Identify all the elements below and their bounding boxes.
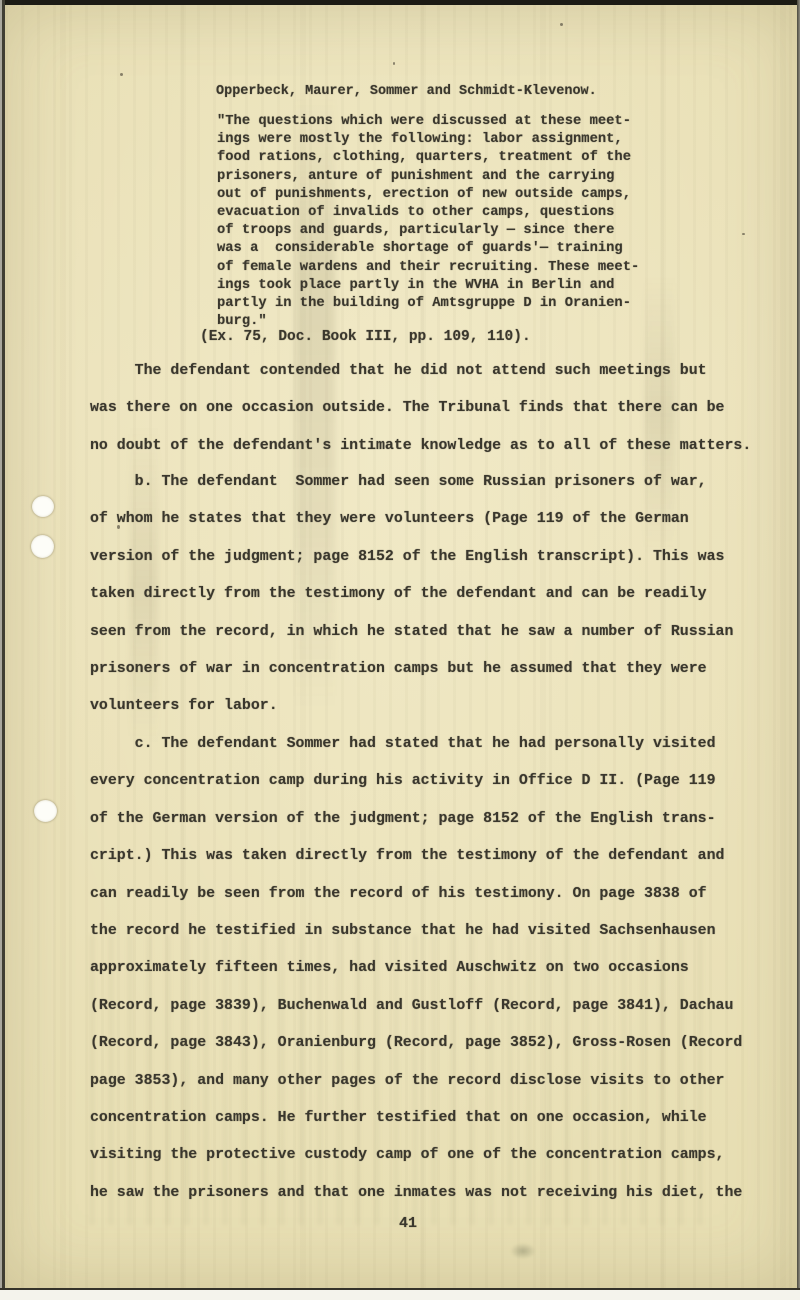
paper-speck: [742, 233, 745, 235]
page-number: 41: [399, 1215, 417, 1232]
paper-speck: [117, 525, 120, 529]
paragraph-tribunal-finding: The defendant contended that he did not …: [90, 353, 751, 465]
paper-speck: [393, 62, 395, 65]
paper-speck: [122, 705, 124, 708]
citation-line: (Ex. 75, Doc. Book III, pp. 109, 110).: [200, 329, 531, 345]
scan-edge-bottom: [0, 1288, 800, 1300]
punch-hole-bottom: [34, 800, 57, 822]
paper-speck: [230, 1155, 232, 1157]
case-names-line: Opperbeck, Maurer, Sommer and Schmidt-Kl…: [216, 84, 597, 99]
punch-hole-middle: [31, 535, 54, 558]
paper-speck: [120, 73, 123, 76]
paragraph-item-b: b. The defendant Sommer had seen some Ru…: [90, 464, 733, 726]
punch-hole-top: [32, 496, 54, 517]
scanned-page: Opperbeck, Maurer, Sommer and Schmidt-Kl…: [0, 0, 800, 1300]
paper-stain: [510, 1243, 536, 1259]
scan-edge-left: [0, 0, 5, 1300]
paragraph-item-c: c. The defendant Sommer had stated that …: [90, 726, 742, 1212]
paper-sheet: Opperbeck, Maurer, Sommer and Schmidt-Kl…: [5, 5, 797, 1288]
paper-speck: [560, 23, 563, 26]
block-quote: "The questions which were discussed at t…: [217, 113, 639, 331]
